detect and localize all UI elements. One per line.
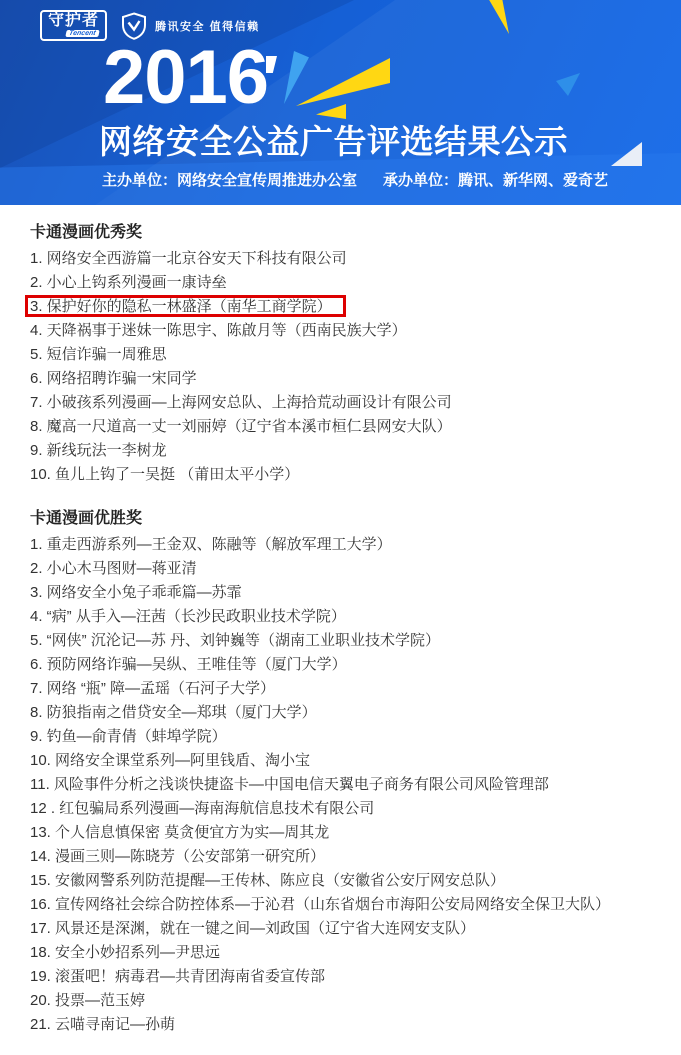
award-list-item-text: 5. “网侠” 沉沦记—苏 丹、刘钟巍等（湖南工业职业技术学院） (30, 632, 440, 649)
shield-label: 腾讯安全 值得信赖 (155, 18, 260, 34)
guardian-logo: 守护者 Tencent (40, 10, 107, 41)
award-list-item-text: 2. 小心上钩系列漫画一康诗垒 (30, 274, 227, 291)
highlighted-award-item: 3. 保护好你的隐私一林盛泽（南华工商学院） (30, 298, 332, 315)
award-list-item-text: 12 . 红包骗局系列漫画—海南海航信息技术有限公司 (30, 800, 374, 817)
award-list-item: 5. 短信诈骗一周雅思 (30, 343, 651, 367)
award-list-item: 14. 漫画三则—陈晓芳（公安部第一研究所） (30, 845, 651, 869)
award-list-item: 2. 小心上钩系列漫画一康诗垒 (30, 271, 651, 295)
award-list-item: 3. 保护好你的隐私一林盛泽（南华工商学院） (30, 295, 651, 319)
award-list-item: 6. 网络招聘诈骗一宋同学 (30, 367, 651, 391)
banner: 守护者 Tencent 腾讯安全 值得信赖 2016 网络安全公益广告评选结果公… (0, 0, 681, 205)
award-list-item: 17. 风景还是深渊，就在一键之间—刘政国（辽宁省大连网安支队） (30, 917, 651, 941)
award-list-item: 4. 天降祸事于迷妹一陈思宇、陈啟月等（西南民族大学） (30, 319, 651, 343)
award-list-item: 10. 鱼儿上钩了一吴挺 （莆田太平小学） (30, 463, 651, 487)
award-list-item-text: 8. 魔高一尺道高一丈一刘丽婷（辽宁省本溪市桓仁县网安大队） (30, 418, 452, 435)
award-list-item: 6. 预防网络诈骗—吴纵、王唯佳等（厦门大学） (30, 653, 651, 677)
organizer-text: 主办单位：网络安全宣传周推进办公室 (102, 172, 357, 189)
award-list-item: 8. 魔高一尺道高一丈一刘丽婷（辽宁省本溪市桓仁县网安大队） (30, 415, 651, 439)
award-list-item: 18. 安全小妙招系列—尹思远 (30, 941, 651, 965)
results-content: 卡通漫画优秀奖 1. 网络安全西游篇一北京谷安天下科技有限公司2. 小心上钩系列… (0, 205, 681, 1037)
banner-year: 2016 (103, 40, 268, 116)
award-list-item-text: 1. 网络安全西游篇一北京谷安天下科技有限公司 (30, 250, 347, 267)
award-list-item-text: 14. 漫画三则—陈晓芳（公安部第一研究所） (30, 848, 325, 865)
award-list-item-text: 7. 小破孩系列漫画—上海网安总队、上海拾荒动画设计有限公司 (30, 394, 452, 411)
award-list-item-text: 16. 宣传网络社会综合防控体系—于沁君（山东省烟台市海阳公安局网络安全保卫大队… (30, 896, 610, 913)
award-list-item: 9. 新线玩法一李树龙 (30, 439, 651, 463)
award-list-item-text: 9. 钓鱼—俞青倩（蚌埠学院） (30, 728, 227, 745)
section-excellence-award: 卡通漫画优秀奖 1. 网络安全西游篇一北京谷安天下科技有限公司2. 小心上钩系列… (30, 221, 651, 487)
year-apostrophe-mark (266, 56, 277, 73)
award-list-item-text: 11. 风险事件分析之浅谈快捷盗卡—中国电信天翼电子商务有限公司风险管理部 (30, 776, 549, 793)
award-list-item: 12 . 红包骗局系列漫画—海南海航信息技术有限公司 (30, 797, 651, 821)
award-list-item: 20. 投票—范玉婷 (30, 989, 651, 1013)
award-list-item-text: 8. 防狼指南之借贷安全—郑琪（厦门大学） (30, 704, 317, 721)
award-list-item: 16. 宣传网络社会综合防控体系—于沁君（山东省烟台市海阳公安局网络安全保卫大队… (30, 893, 651, 917)
guardian-logo-subtext: Tencent (66, 30, 100, 37)
award-list-item: 2. 小心木马图财—蒋亚清 (30, 557, 651, 581)
award-list-item: 10. 网络安全课堂系列—阿里钱盾、淘小宝 (30, 749, 651, 773)
award-list-item-text: 18. 安全小妙招系列—尹思远 (30, 944, 220, 961)
award-list-item-text: 1. 重走西游系列—王金双、陈融等（解放军理工大学） (30, 536, 392, 553)
award-list-item-text: 7. 网络 “瓶” 障—孟瑶（石河子大学） (30, 680, 275, 697)
section-heading: 卡通漫画优秀奖 (30, 221, 651, 245)
award-list-item: 5. “网侠” 沉沦记—苏 丹、刘钟巍等（湖南工业职业技术学院） (30, 629, 651, 653)
award-list-item: 3. 网络安全小兔子乖乖篇—苏霏 (30, 581, 651, 605)
award-list-item: 19. 滚蛋吧！病毒君—共青团海南省委宣传部 (30, 965, 651, 989)
co-organizer-text: 承办单位：腾讯、新华网、爱奇艺 (383, 172, 608, 189)
guardian-logo-text: 守护者 (48, 13, 99, 29)
award-list-item-text: 6. 网络招聘诈骗一宋同学 (30, 370, 197, 387)
award-list-item: 7. 网络 “瓶” 障—孟瑶（石河子大学） (30, 677, 651, 701)
award-list-item: 15. 安徽网警系列防范提醒—王传林、陈应良（安徽省公安厅网安总队） (30, 869, 651, 893)
award-list-item: 4. “病” 从手入—汪茜（长沙民政职业技术学院） (30, 605, 651, 629)
award-list-item-text: 10. 网络安全课堂系列—阿里钱盾、淘小宝 (30, 752, 310, 769)
section-heading: 卡通漫画优胜奖 (30, 507, 651, 531)
award-list-item: 9. 钓鱼—俞青倩（蚌埠学院） (30, 725, 651, 749)
organizer-line: 主办单位：网络安全宣传周推进办公室承办单位：腾讯、新华网、爱奇艺 (102, 169, 608, 190)
award-list-item-text: 2. 小心木马图财—蒋亚清 (30, 560, 197, 577)
award-list-item: 7. 小破孩系列漫画—上海网安总队、上海拾荒动画设计有限公司 (30, 391, 651, 415)
award-list-item-text: 9. 新线玩法一李树龙 (30, 442, 167, 459)
banner-title: 网络安全公益广告评选结果公示 (99, 116, 568, 163)
award-list: 1. 重走西游系列—王金双、陈融等（解放军理工大学） 2. 小心木马图财—蒋亚清… (30, 533, 651, 1037)
award-list-item: 21. 云喵寻南记—孙萌 (30, 1013, 651, 1037)
award-list-item-text: 10. 鱼儿上钩了一吴挺 （莆田太平小学） (30, 466, 299, 483)
award-list-item: 1. 网络安全西游篇一北京谷安天下科技有限公司 (30, 247, 651, 271)
award-list-item-text: 17. 风景还是深渊，就在一键之间—刘政国（辽宁省大连网安支队） (30, 920, 475, 937)
award-list-item: 11. 风险事件分析之浅谈快捷盗卡—中国电信天翼电子商务有限公司风险管理部 (30, 773, 651, 797)
award-list: 1. 网络安全西游篇一北京谷安天下科技有限公司2. 小心上钩系列漫画一康诗垒3.… (30, 247, 651, 487)
award-list-item-text: 20. 投票—范玉婷 (30, 992, 145, 1009)
award-list-item: 8. 防狼指南之借贷安全—郑琪（厦门大学） (30, 701, 651, 725)
award-list-item-text: 3. 网络安全小兔子乖乖篇—苏霏 (30, 584, 242, 601)
award-list-item-text: 5. 短信诈骗一周雅思 (30, 346, 167, 363)
award-list-item-text: 13. 个人信息慎保密 莫贪便宜方为实—周其龙 (30, 824, 329, 841)
page: 守护者 Tencent 腾讯安全 值得信赖 2016 网络安全公益广告评选结果公… (0, 0, 681, 1055)
award-list-item-text: 4. “病” 从手入—汪茜（长沙民政职业技术学院） (30, 608, 346, 625)
section-winner-award: 卡通漫画优胜奖 1. 重走西游系列—王金双、陈融等（解放军理工大学） 2. 小心… (30, 507, 651, 1037)
award-list-item-text: 21. 云喵寻南记—孙萌 (30, 1016, 175, 1033)
award-list-item-text: 15. 安徽网警系列防范提醒—王传林、陈应良（安徽省公安厅网安总队） (30, 872, 505, 889)
award-list-item-text: 19. 滚蛋吧！病毒君—共青团海南省委宣传部 (30, 968, 325, 985)
award-list-item: 13. 个人信息慎保密 莫贪便宜方为实—周其龙 (30, 821, 651, 845)
award-list-item: 1. 重走西游系列—王金双、陈融等（解放军理工大学） (30, 533, 651, 557)
award-list-item-text: 6. 预防网络诈骗—吴纵、王唯佳等（厦门大学） (30, 656, 347, 673)
award-list-item-text: 4. 天降祸事于迷妹一陈思宇、陈啟月等（西南民族大学） (30, 322, 407, 339)
